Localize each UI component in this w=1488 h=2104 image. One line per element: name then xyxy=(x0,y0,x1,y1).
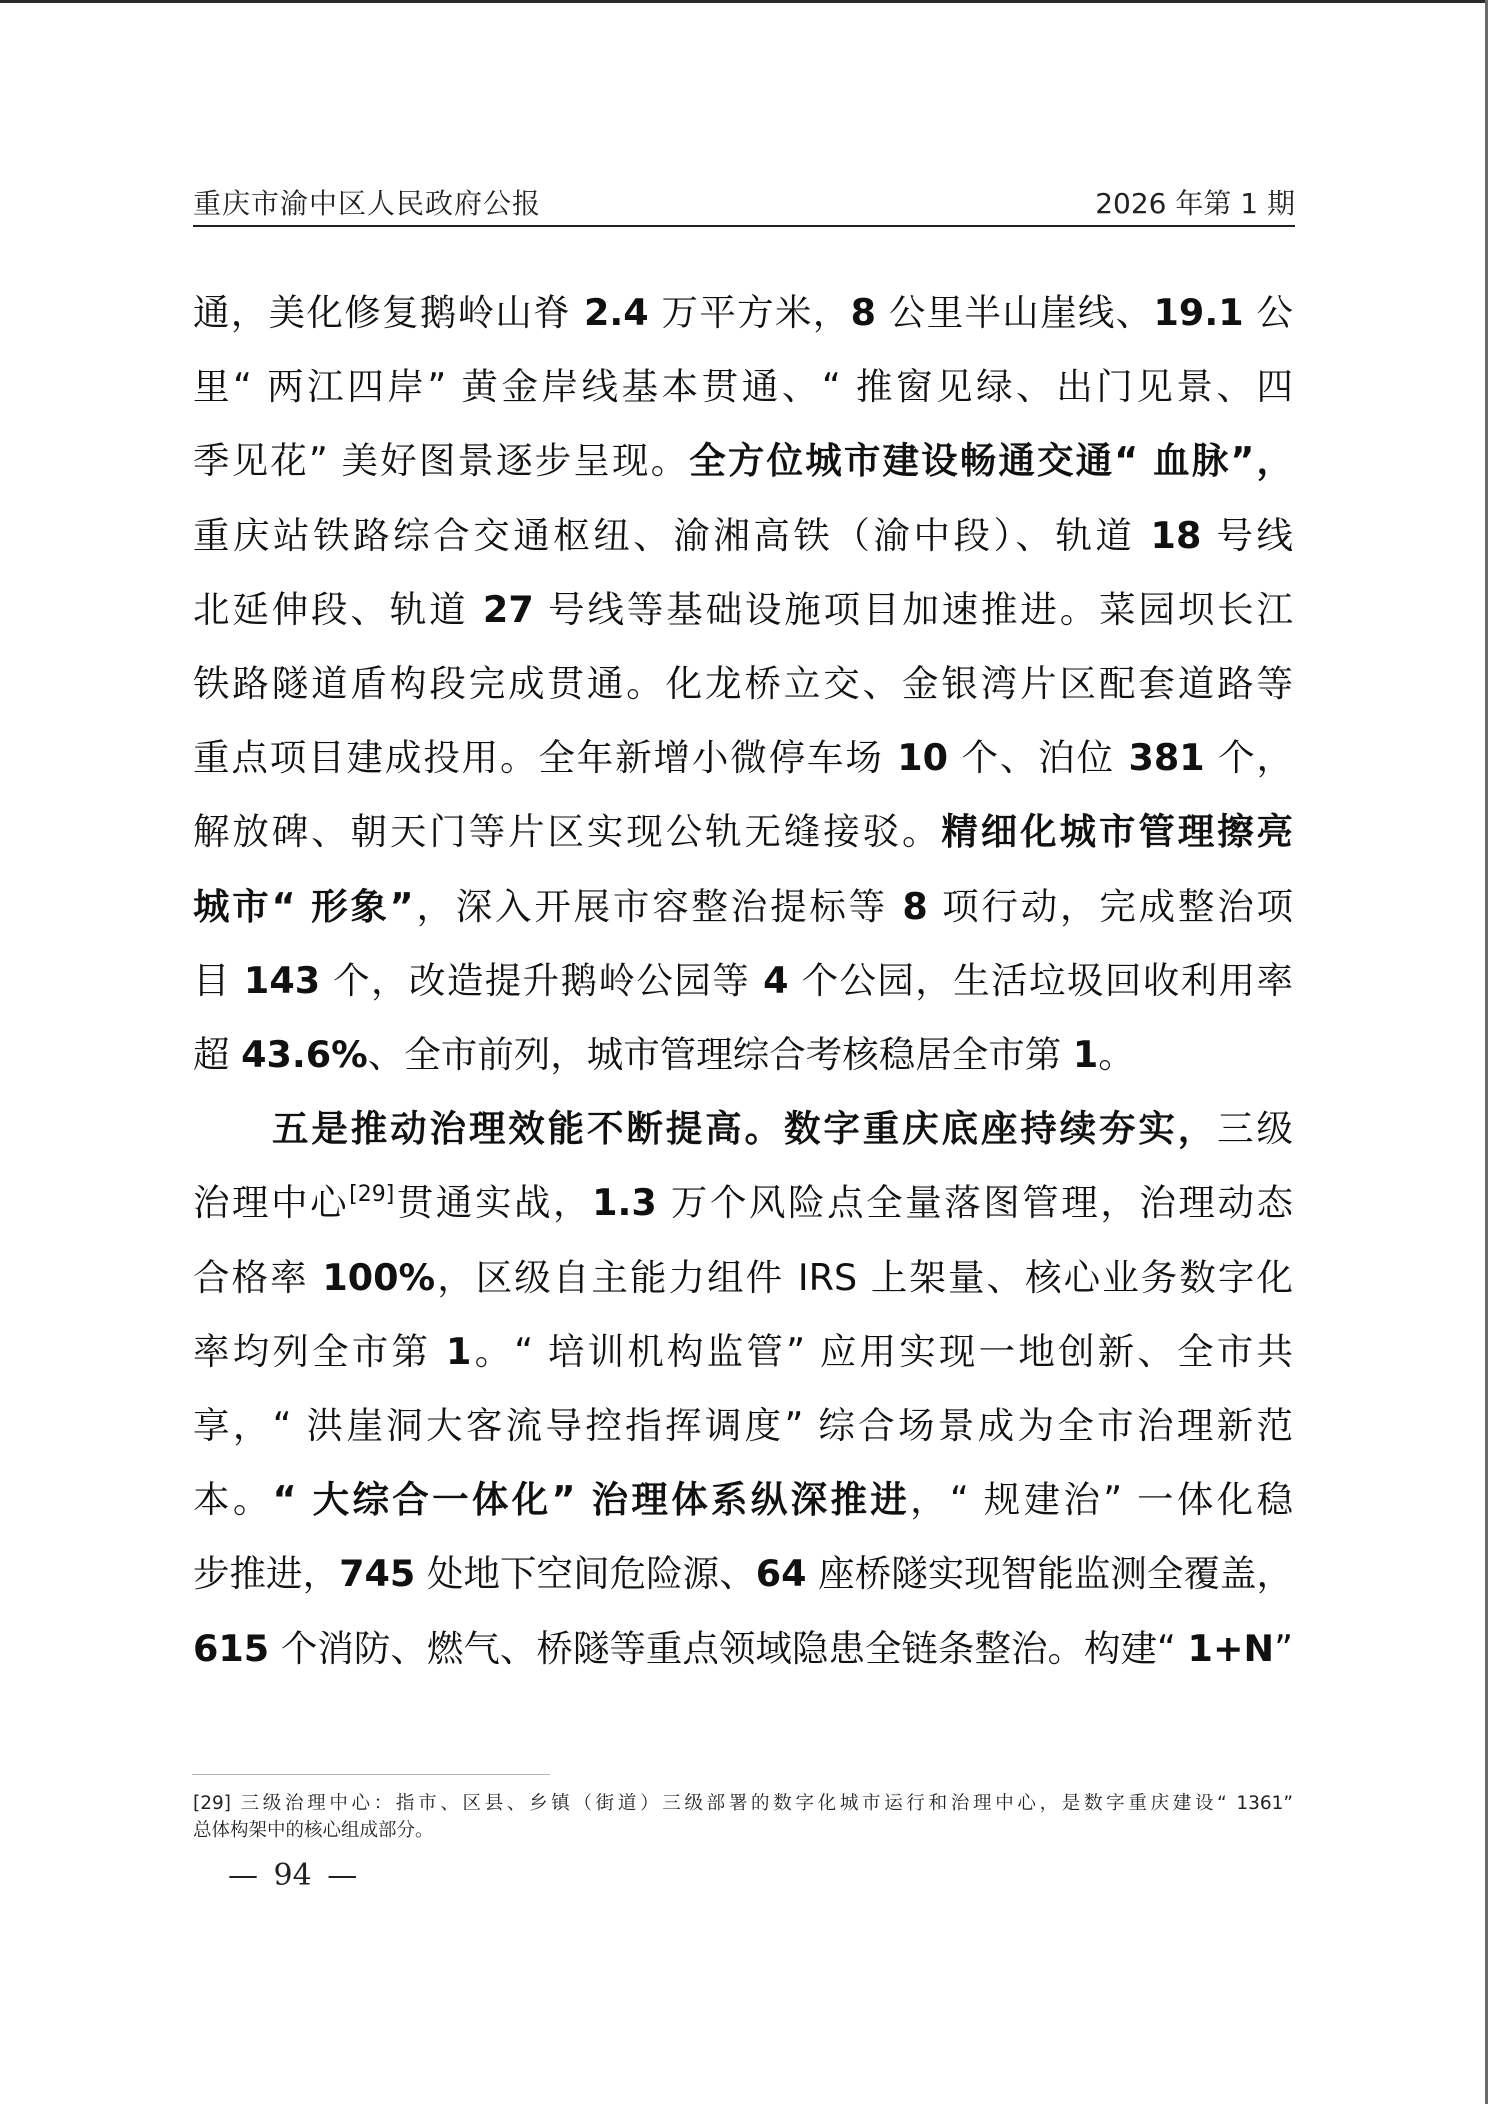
text-run: 万平方米， xyxy=(649,291,851,334)
footnote-rule xyxy=(192,1774,550,1775)
text-line: 解放碑、朝天门等片区实现公轨无缝接驳。精细化城市管理擦亮 xyxy=(193,795,1293,869)
bold-text: 五是推动治理效能不断提高。数字重庆底座持续夯实， xyxy=(272,1107,1217,1150)
text-run: ，区级自主能力组件 IRS 上架量、核心业务数字化 xyxy=(435,1256,1293,1299)
text-run: 北延伸段、轨道 xyxy=(193,588,483,631)
text-run: 享，“ 洪崖洞大客流导控指挥调度” 综合场景成为全市治理新范 xyxy=(193,1404,1293,1447)
text-line: 治理中心[29]贯通实战，1.3 万个风险点全量落图管理，治理动态 xyxy=(193,1166,1293,1240)
text-run: 。“ 培训机构监管” 应用实现一地创新、全市共 xyxy=(471,1330,1293,1373)
text-line: 里“ 两江四岸” 黄金岸线基本贯通、“ 推窗见绿、出门见景、四 xyxy=(193,350,1293,424)
header-rule xyxy=(193,225,1295,227)
text-line: 季见花” 美好图景逐步呈现。全方位城市建设畅通交通“ 血脉”， xyxy=(193,424,1293,498)
text-run: 座桥隧实现智能监测全覆盖， xyxy=(807,1552,1293,1595)
bold-text: 745 xyxy=(339,1552,415,1595)
bold-text: 1 xyxy=(446,1330,471,1373)
text-run: ，“ 规建治” 一体化稳 xyxy=(910,1478,1293,1521)
text-run: 治理中心 xyxy=(193,1181,349,1224)
bold-text: 43.6% xyxy=(241,1033,368,1076)
text-run: 重点项目建成投用。全年新增小微停车场 xyxy=(193,736,897,779)
footnote-reference[interactable]: [29] xyxy=(349,1182,394,1207)
bold-text: 8 xyxy=(902,885,927,928)
text-line: 超 43.6%、全市前列，城市管理综合考核稳居全市第 1。 xyxy=(193,1018,1293,1092)
text-run: 号线 xyxy=(1201,514,1293,557)
text-line: 合格率 100%，区级自主能力组件 IRS 上架量、核心业务数字化 xyxy=(193,1241,1293,1315)
text-run: 个公园，生活垃圾回收利用率 xyxy=(789,959,1293,1002)
text-run: 步推进， xyxy=(193,1552,339,1595)
text-run: 通，美化修复鹅岭山脊 xyxy=(193,291,584,334)
text-run: 处地下空间危险源、 xyxy=(415,1552,755,1595)
text-line: 步推进，745 处地下空间危险源、64 座桥隧实现智能监测全覆盖， xyxy=(193,1537,1293,1611)
bold-text: 19.1 xyxy=(1154,291,1244,334)
text-line: 本。“ 大综合一体化” 治理体系纵深推进，“ 规建治” 一体化稳 xyxy=(193,1463,1293,1537)
text-run: 个消防、燃气、桥隧等重点领域隐患全链条整治。构建“ xyxy=(269,1627,1187,1670)
text-line: 五是推动治理效能不断提高。数字重庆底座持续夯实，三级 xyxy=(193,1092,1293,1166)
text-run: 里“ 两江四岸” 黄金岸线基本贯通、“ 推窗见绿、出门见景、四 xyxy=(193,365,1293,408)
footnote-line: 总体构架中的核心组成部分。 xyxy=(193,1817,1293,1844)
bold-text: 城市“ 形象” xyxy=(193,885,414,928)
bold-text: “ 大综合一体化” 治理体系纵深推进 xyxy=(273,1478,910,1521)
bold-text: 精细化城市管理擦亮 xyxy=(941,810,1293,853)
text-line: 率均列全市第 1。“ 培训机构监管” 应用实现一地创新、全市共 xyxy=(193,1315,1293,1389)
footnote-line: [29] 三级治理中心：指市、区县、乡镇（街道）三级部署的数字化城市运行和治理中… xyxy=(193,1790,1293,1817)
page-border-top xyxy=(0,0,1488,3)
text-run: ，深入开展市容整治提标等 xyxy=(414,885,903,928)
text-line: 通，美化修复鹅岭山脊 2.4 万平方米，8 公里半山崖线、19.1 公 xyxy=(193,276,1293,350)
bold-text: 2.4 xyxy=(584,291,649,334)
bold-text: 4 xyxy=(763,959,788,1002)
bold-text: 1.3 xyxy=(592,1181,657,1224)
footnote: [29] 三级治理中心：指市、区县、乡镇（街道）三级部署的数字化城市运行和治理中… xyxy=(193,1790,1293,1844)
text-run: 万个风险点全量落图管理，治理动态 xyxy=(657,1181,1293,1224)
page-number: — 94 — xyxy=(228,1858,357,1893)
text-run: 目 xyxy=(193,959,244,1002)
text-run: 公 xyxy=(1244,291,1293,334)
bold-text: 1+N xyxy=(1188,1627,1275,1670)
text-line: 615 个消防、燃气、桥隧等重点领域隐患全链条整治。构建“ 1+N” xyxy=(193,1612,1293,1686)
text-run: ” xyxy=(1274,1627,1293,1670)
bold-text: 1 xyxy=(1073,1033,1098,1076)
publication-title: 重庆市渝中区人民政府公报 xyxy=(193,182,541,222)
bold-text: 381 xyxy=(1128,736,1204,779)
bold-text: 18 xyxy=(1151,514,1202,557)
text-run: 贯通实战， xyxy=(394,1181,592,1224)
text-run: 合格率 xyxy=(193,1256,322,1299)
text-run: 超 xyxy=(193,1033,241,1076)
text-run: 解放碑、朝天门等片区实现公轨无缝接驳。 xyxy=(193,810,941,853)
text-line: 北延伸段、轨道 27 号线等基础设施项目加速推进。菜园坝长江 xyxy=(193,573,1293,647)
bold-text: 27 xyxy=(483,588,534,631)
running-header: 重庆市渝中区人民政府公报 2026 年第 1 期 xyxy=(193,180,1295,224)
bold-text: 615 xyxy=(193,1627,269,1670)
text-run: 、全市前列，城市管理综合考核稳居全市第 xyxy=(368,1033,1073,1076)
text-run: 率均列全市第 xyxy=(193,1330,446,1373)
text-run: 个， xyxy=(1205,736,1293,779)
body-text: 通，美化修复鹅岭山脊 2.4 万平方米，8 公里半山崖线、19.1 公里“ 两江… xyxy=(193,276,1293,1686)
bold-text: 8 xyxy=(851,291,876,334)
text-line: 铁路隧道盾构段完成贯通。化龙桥立交、金银湾片区配套道路等 xyxy=(193,647,1293,721)
issue-number: 2026 年第 1 期 xyxy=(1095,182,1295,222)
text-run: 公里半山崖线、 xyxy=(876,291,1154,334)
text-run: 号线等基础设施项目加速推进。菜园坝长江 xyxy=(534,588,1293,631)
text-run: 重庆站铁路综合交通枢纽、渝湘高铁（渝中段）、轨道 xyxy=(193,514,1151,557)
text-line: 享，“ 洪崖洞大客流导控指挥调度” 综合场景成为全市治理新范 xyxy=(193,1389,1293,1463)
text-run: 本。 xyxy=(193,1478,273,1521)
bold-text: 全方位城市建设畅通交通“ 血脉”， xyxy=(689,439,1293,482)
bold-text: 64 xyxy=(756,1552,807,1595)
text-run: 铁路隧道盾构段完成贯通。化龙桥立交、金银湾片区配套道路等 xyxy=(193,662,1293,705)
bold-text: 143 xyxy=(244,959,320,1002)
text-line: 重庆站铁路综合交通枢纽、渝湘高铁（渝中段）、轨道 18 号线 xyxy=(193,499,1293,573)
text-run: 项行动，完成整治项 xyxy=(928,885,1293,928)
text-run: 个，改造提升鹅岭公园等 xyxy=(320,959,763,1002)
text-run: 。 xyxy=(1098,1033,1135,1076)
text-line: 城市“ 形象”，深入开展市容整治提标等 8 项行动，完成整治项 xyxy=(193,870,1293,944)
text-run: 季见花” 美好图景逐步呈现。 xyxy=(193,439,689,482)
text-run: 三级 xyxy=(1217,1107,1293,1150)
text-line: 重点项目建成投用。全年新增小微停车场 10 个、泊位 381 个， xyxy=(193,721,1293,795)
text-run: 个、泊位 xyxy=(948,736,1128,779)
text-line: 目 143 个，改造提升鹅岭公园等 4 个公园，生活垃圾回收利用率 xyxy=(193,944,1293,1018)
bold-text: 100% xyxy=(322,1256,435,1299)
bold-text: 10 xyxy=(897,736,948,779)
